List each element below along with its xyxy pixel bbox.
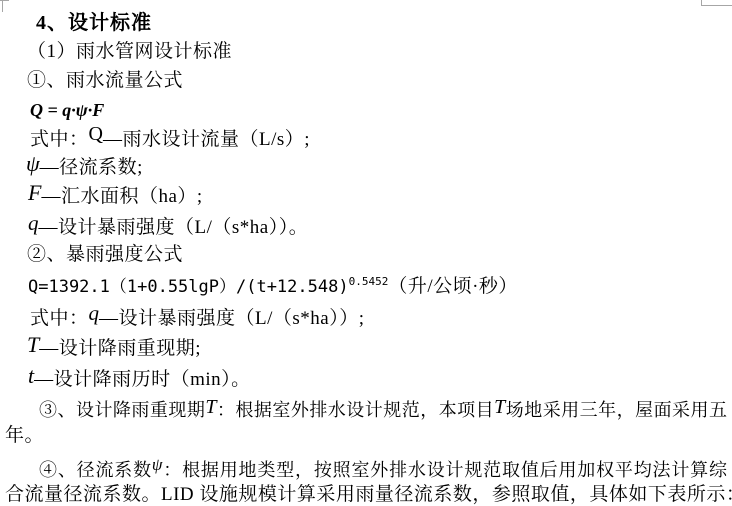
paragraph-text: ③、设计降雨重现期	[39, 400, 205, 420]
definition-text: —设计降雨历时（min）。	[34, 369, 251, 390]
item3-continuation: 年。	[5, 421, 44, 451]
var-t-capital: T	[205, 396, 216, 418]
var-q-capital: Q	[89, 123, 103, 145]
formula-base: Q=1392.1（1+0.55lgP）/(t+12.548)0.5452	[28, 277, 388, 297]
definition-text: —雨水设计流量（L/s）;	[103, 129, 310, 150]
var-q-lower: q	[89, 301, 100, 325]
definition-q-storm2: 式中：q—设计暴雨强度（L/（s*ha））;	[30, 298, 365, 328]
definition-text: —设计暴雨强度（L/（s*ha））;	[99, 308, 365, 329]
crop-mark-top-left	[2, 0, 3, 12]
definition-text: —设计暴雨强度（L/（s*ha））。	[39, 217, 309, 238]
definition-f: F—汇水面积（ha）;	[28, 178, 203, 208]
item3-paragraph: ③、设计降雨重现期T：根据室外排水设计规范，本项目T场地采用三年，屋面采用五	[5, 392, 727, 422]
item4-paragraph: ④、径流系数ψ：根据用地类型，按照室外排水设计规范取值后用加权平均法计算综	[5, 450, 727, 480]
var-t-capital: T	[27, 332, 39, 357]
definition-prefix: 式中：	[30, 129, 89, 150]
var-t-capital: T	[494, 396, 505, 418]
paragraph-text: ④、径流系数	[39, 460, 152, 480]
definition-prefix: 式中：	[30, 308, 89, 329]
formula-exponent: 0.5452	[349, 275, 389, 288]
definition-t-lower: t—设计降雨历时（min）。	[28, 361, 251, 391]
sub-heading: （1）雨水管网设计标准	[27, 37, 232, 67]
document-page: 4、设计标准 （1）雨水管网设计标准 ①、雨水流量公式 Q = q·ψ·F 式中…	[0, 0, 732, 506]
item2-title: ②、暴雨强度公式	[27, 240, 183, 270]
var-psi: ψ	[26, 151, 40, 176]
storm-intensity-formula: Q=1392.1（1+0.55lgP）/(t+12.548)0.5452（升/公…	[28, 267, 518, 297]
definition-text: —汇水面积（ha）;	[41, 186, 202, 207]
section-heading: 4、设计标准	[36, 8, 152, 38]
item1-title: ①、雨水流量公式	[27, 66, 183, 96]
item4-continuation: 合流量径流系数。LID 设施规模计算采用雨量径流系数，参照取值，具体如下表所示：	[5, 480, 732, 506]
crop-mark-top-left-h	[0, 0, 9, 1]
definition-q-storm: q—设计暴雨强度（L/（s*ha））。	[28, 208, 308, 238]
var-f: F	[28, 180, 41, 205]
formula-unit: （升/公顷·秒）	[388, 276, 518, 297]
var-q-lower: q	[28, 211, 39, 235]
paragraph-text: ：根据室外排水设计规范，本项目	[216, 400, 494, 420]
definition-q-flow: 式中：Q—雨水设计流量（L/s）;	[30, 119, 310, 149]
paragraph-text: 场地采用三年，屋面采用五	[505, 400, 727, 420]
crop-mark-top-right-h	[701, 5, 732, 6]
definition-t-capital: T—设计降雨重现期;	[27, 330, 201, 360]
definition-psi: ψ—径流系数;	[26, 149, 143, 179]
definition-text: —设计降雨重现期;	[39, 338, 201, 359]
definition-text: —径流系数;	[40, 157, 143, 178]
var-psi: ψ	[152, 455, 163, 474]
paragraph-text: ：根据用地类型，按照室外排水设计规范取值后用加权平均法计算综	[162, 460, 727, 480]
